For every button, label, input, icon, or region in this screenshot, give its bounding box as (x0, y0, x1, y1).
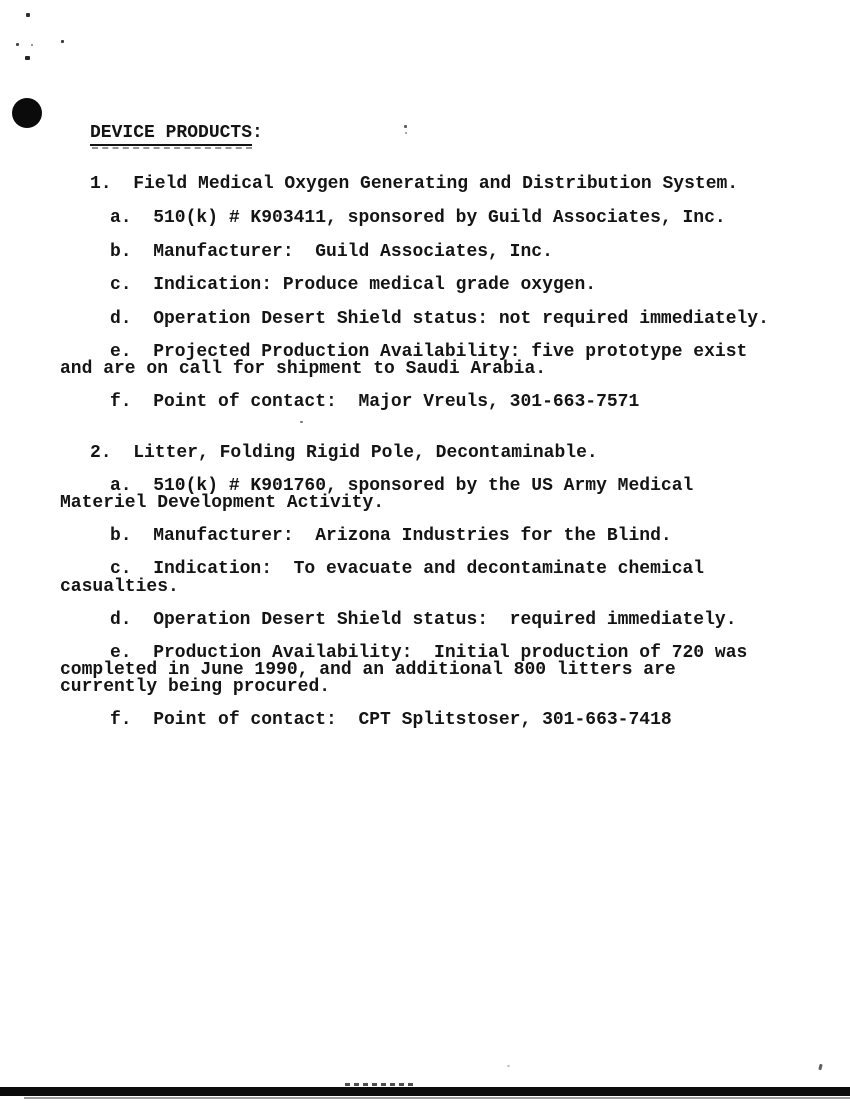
item-2e-continued-2: currently being procured. (60, 677, 330, 697)
item-2c-continued: casualties. (60, 577, 179, 597)
scan-speck (300, 421, 303, 423)
scan-edge-bar-shadow (24, 1097, 850, 1099)
scan-speck (31, 44, 33, 46)
item-2c: c. Indication: To evacuate and decontami… (110, 559, 704, 579)
item-1b: b. Manufacturer: Guild Associates, Inc. (110, 242, 553, 262)
item-1e-continued: and are on call for shipment to Saudi Ar… (60, 359, 546, 379)
punch-hole-mark (12, 98, 42, 128)
scan-speck (405, 132, 407, 134)
heading-double-underline (92, 147, 252, 149)
scan-speck (818, 1064, 822, 1071)
item-2a-continued: Materiel Development Activity. (60, 493, 384, 513)
item-1c: c. Indication: Produce medical grade oxy… (110, 275, 596, 295)
item-1f: f. Point of contact: Major Vreuls, 301-6… (110, 392, 639, 412)
scan-edge-bar (0, 1087, 850, 1096)
scan-speck (61, 40, 64, 43)
item-2f: f. Point of contact: CPT Splitstoser, 30… (110, 710, 672, 730)
scan-speck (507, 1065, 510, 1067)
page-title-underlined: DEVICE PRODUCTS (90, 123, 252, 146)
scan-speck (16, 43, 19, 46)
item-2b: b. Manufacturer: Arizona Industries for … (110, 526, 672, 546)
page-title-colon: : (252, 123, 263, 143)
item-1d: d. Operation Desert Shield status: not r… (110, 309, 769, 329)
scan-speck (25, 56, 30, 60)
scanned-document-page: DEVICE PRODUCTS: 1. Field Medical Oxygen… (0, 0, 850, 1107)
page-title: DEVICE PRODUCTS: (90, 123, 263, 143)
item-1a: a. 510(k) # K903411, sponsored by Guild … (110, 208, 726, 228)
item-1-title: 1. Field Medical Oxygen Generating and D… (90, 174, 738, 194)
scan-artifact-dashes (345, 1083, 417, 1086)
item-2-title: 2. Litter, Folding Rigid Pole, Decontami… (90, 443, 598, 463)
scan-speck (404, 125, 407, 128)
scan-speck (26, 13, 30, 17)
item-2d: d. Operation Desert Shield status: requi… (110, 610, 737, 630)
